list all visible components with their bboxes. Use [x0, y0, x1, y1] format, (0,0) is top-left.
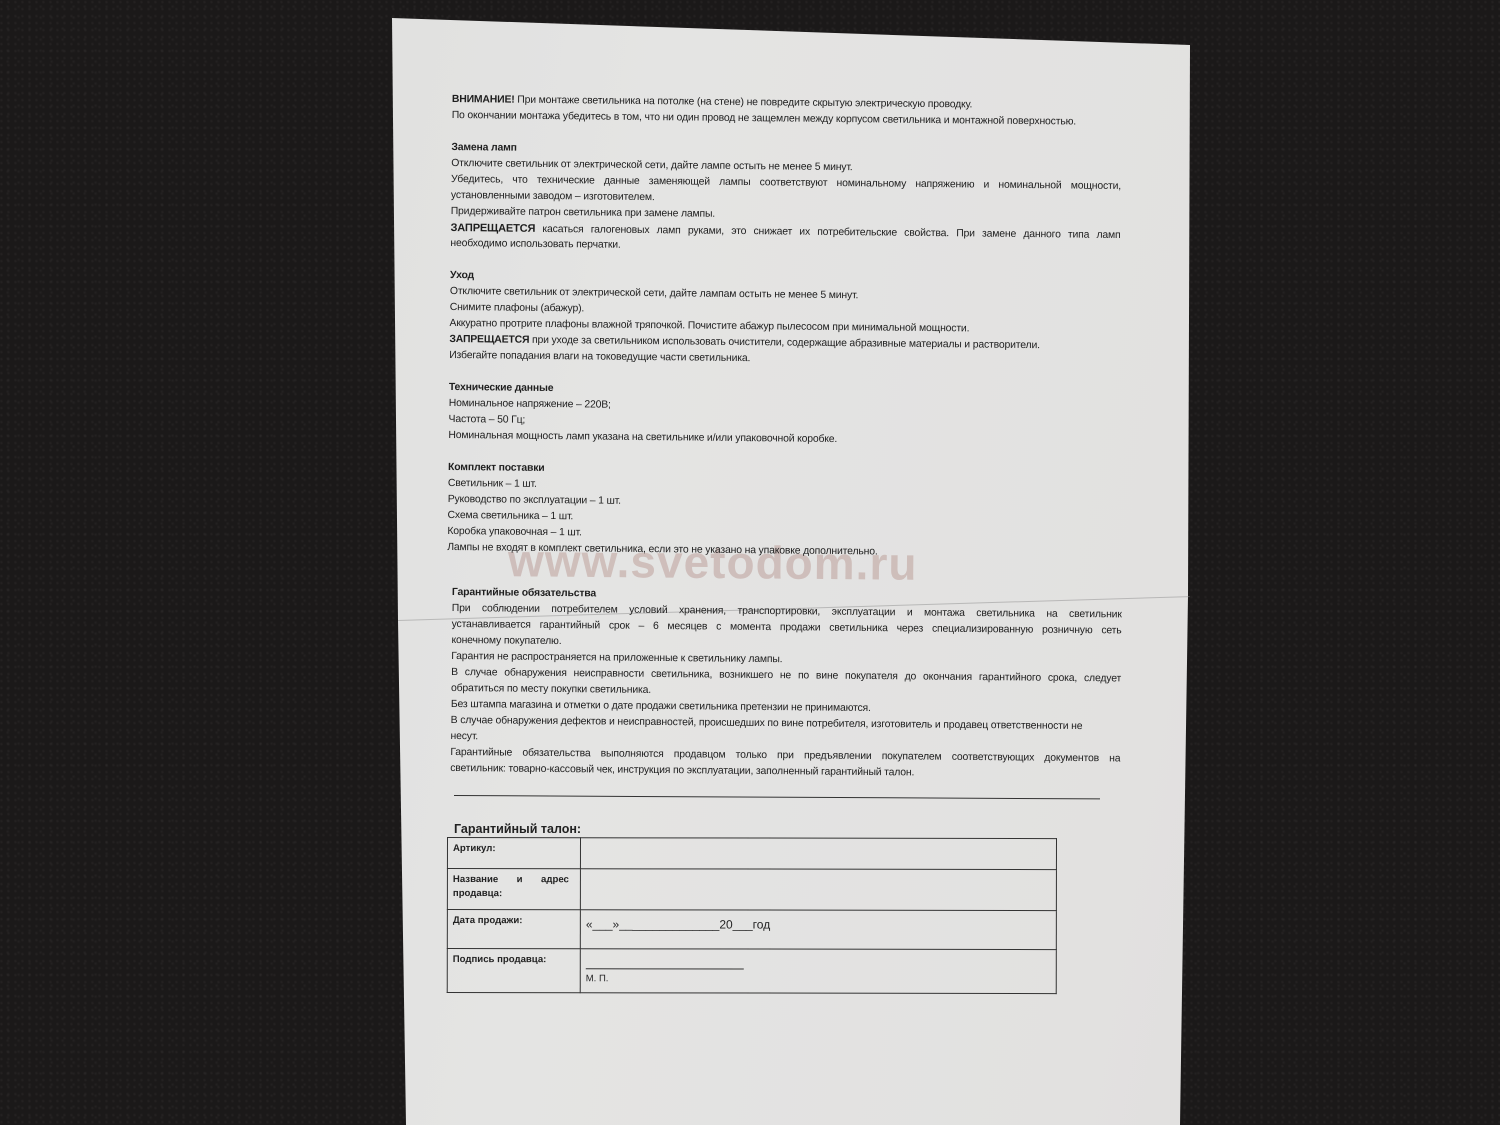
upper-section: ВНИМАНИЕ! При монтаже светильника на пот… — [447, 92, 1122, 563]
warranty-section: Гарантийные обязательства При соблюдении… — [450, 585, 1122, 783]
table-row: Подпись продавца: М. П. — [447, 949, 1056, 994]
sale-date-field[interactable]: «___»_______________20___год — [580, 910, 1056, 950]
article-label: Артикул: — [447, 838, 580, 869]
seller-label: Название и адрес продавца: — [447, 869, 580, 910]
warranty-coupon-title: Гарантийный талон: — [454, 822, 581, 836]
signature-line — [586, 968, 744, 969]
sale-date-label: Дата продажи: — [447, 910, 580, 949]
table-row: Артикул: — [447, 838, 1056, 870]
table-row: Название и адрес продавца: — [447, 869, 1056, 911]
sale-date-blank: «___»_______________20___год — [586, 915, 770, 931]
prohibited-label: ЗАПРЕЩАЕТСЯ — [449, 334, 529, 346]
stamp-label: М. П. — [586, 973, 1051, 985]
warranty-coupon-table: Артикул: Название и адрес продавца: Дата… — [447, 837, 1057, 994]
signature-field[interactable]: М. П. — [580, 949, 1056, 994]
attention-label: ВНИМАНИЕ! — [452, 94, 515, 106]
prohibited-label: ЗАПРЕЩАЕТСЯ — [451, 222, 536, 235]
seller-field[interactable] — [580, 869, 1056, 911]
article-field[interactable] — [580, 838, 1056, 870]
table-row: Дата продажи: «___»_______________20___г… — [447, 910, 1056, 950]
signature-label: Подпись продавца: — [447, 949, 580, 993]
